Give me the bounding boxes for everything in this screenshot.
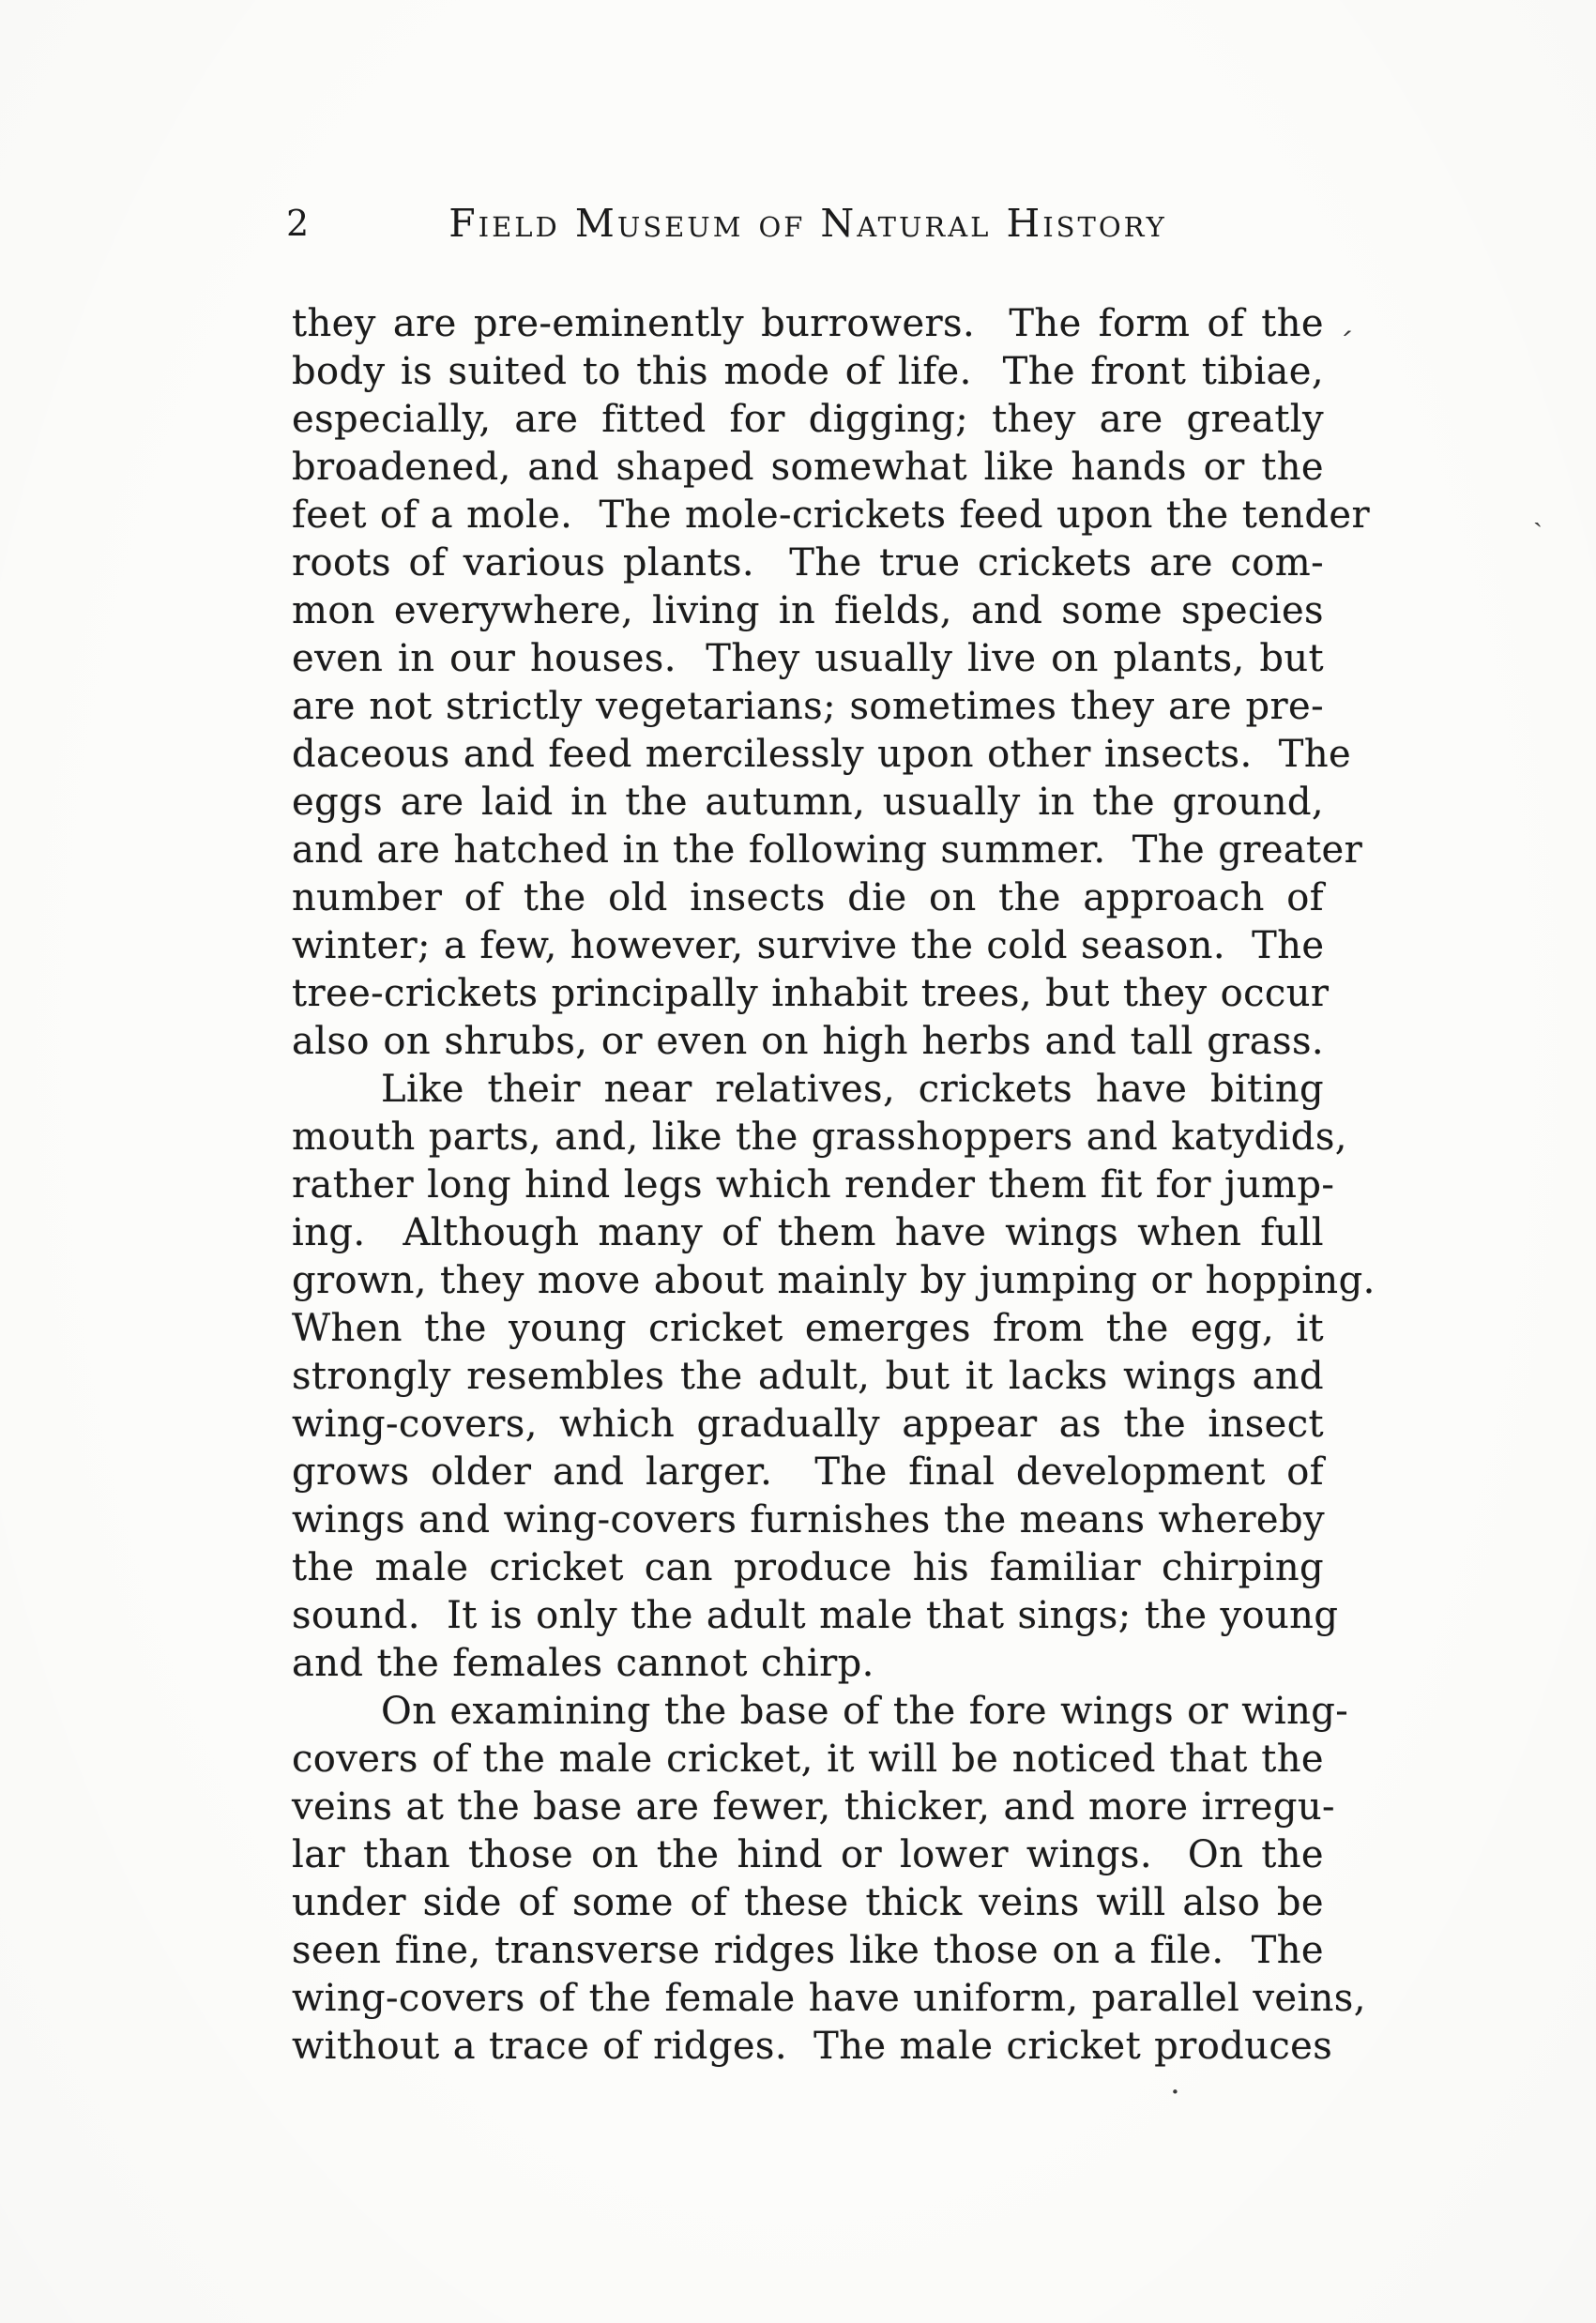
text-line: are not strictly vegetarians; sometimes … <box>292 683 1324 731</box>
text-line: ing. Although many of them have wings wh… <box>292 1209 1324 1257</box>
text-line: covers of the male cricket, it will be n… <box>292 1736 1324 1784</box>
body-text: they are pre-eminently burrowers. The fo… <box>292 300 1324 2071</box>
text-line: without a trace of ridges. The male cric… <box>292 2023 1324 2071</box>
text-line: and the females cannot chirp. <box>292 1640 1324 1688</box>
text-line: body is suited to this mode of life. The… <box>292 348 1324 396</box>
text-line: eggs are laid in the autumn, usually in … <box>292 779 1324 827</box>
running-header: 2 Field Museum of Natural History <box>292 203 1324 246</box>
paragraph: they are pre-eminently burrowers. The fo… <box>292 300 1324 1066</box>
text-line: number of the old insects die on the app… <box>292 874 1324 922</box>
text-line: rather long hind legs which render them … <box>292 1161 1324 1209</box>
text-line: broadened, and shaped somewhat like hand… <box>292 444 1324 492</box>
scan-speck: ˏ <box>1533 495 1543 528</box>
text-line: Like their near relatives, crickets have… <box>292 1066 1324 1114</box>
book-page: 2 Field Museum of Natural History they a… <box>0 0 1596 2323</box>
scan-speck: . <box>1170 2064 1180 2102</box>
text-line: tree-crickets principally inhabit trees,… <box>292 970 1324 1018</box>
text-line: mon everywhere, living in fields, and so… <box>292 587 1324 635</box>
paragraph: On examining the base of the fore wings … <box>292 1688 1324 2071</box>
text-line: seen fine, transverse ridges like those … <box>292 1927 1324 1975</box>
text-line: especially, are fitted for digging; they… <box>292 396 1324 444</box>
text-line: and are hatched in the following summer.… <box>292 827 1324 874</box>
text-line: wing-covers, which gradually appear as t… <box>292 1401 1324 1449</box>
text-line: even in our houses. They usually live on… <box>292 635 1324 683</box>
text-line: roots of various plants. The true cricke… <box>292 539 1324 587</box>
paragraph: Like their near relatives, crickets have… <box>292 1066 1324 1688</box>
text-line: wings and wing-covers furnishes the mean… <box>292 1496 1324 1544</box>
text-line: under side of some of these thick veins … <box>292 1879 1324 1927</box>
text-line: grows older and larger. The final develo… <box>292 1449 1324 1496</box>
text-line: wing-covers of the female have uniform, … <box>292 1975 1324 2023</box>
text-line: grown, they move about mainly by jumping… <box>292 1257 1324 1305</box>
text-line: On examining the base of the fore wings … <box>292 1688 1324 1736</box>
text-line: lar than those on the hind or lower wing… <box>292 1831 1324 1879</box>
running-header-title: Field Museum of Natural History <box>292 203 1324 244</box>
text-line: also on shrubs, or even on high herbs an… <box>292 1018 1324 1066</box>
text-line: they are pre-eminently burrowers. The fo… <box>292 300 1324 348</box>
text-line: sound. It is only the adult male that si… <box>292 1592 1324 1640</box>
text-line: daceous and feed mercilessly upon other … <box>292 731 1324 779</box>
text-line: feet of a mole. The mole-crickets feed u… <box>292 492 1324 539</box>
text-line: strongly resembles the adult, but it lac… <box>292 1353 1324 1401</box>
text-line: the male cricket can produce his familia… <box>292 1544 1324 1592</box>
text-line: veins at the base are fewer, thicker, an… <box>292 1784 1324 1831</box>
text-line: winter; a few, however, survive the cold… <box>292 922 1324 970</box>
scan-speck: ´ <box>1333 326 1354 365</box>
text-line: When the young cricket emerges from the … <box>292 1305 1324 1353</box>
text-line: mouth parts, and, like the grasshoppers … <box>292 1114 1324 1161</box>
